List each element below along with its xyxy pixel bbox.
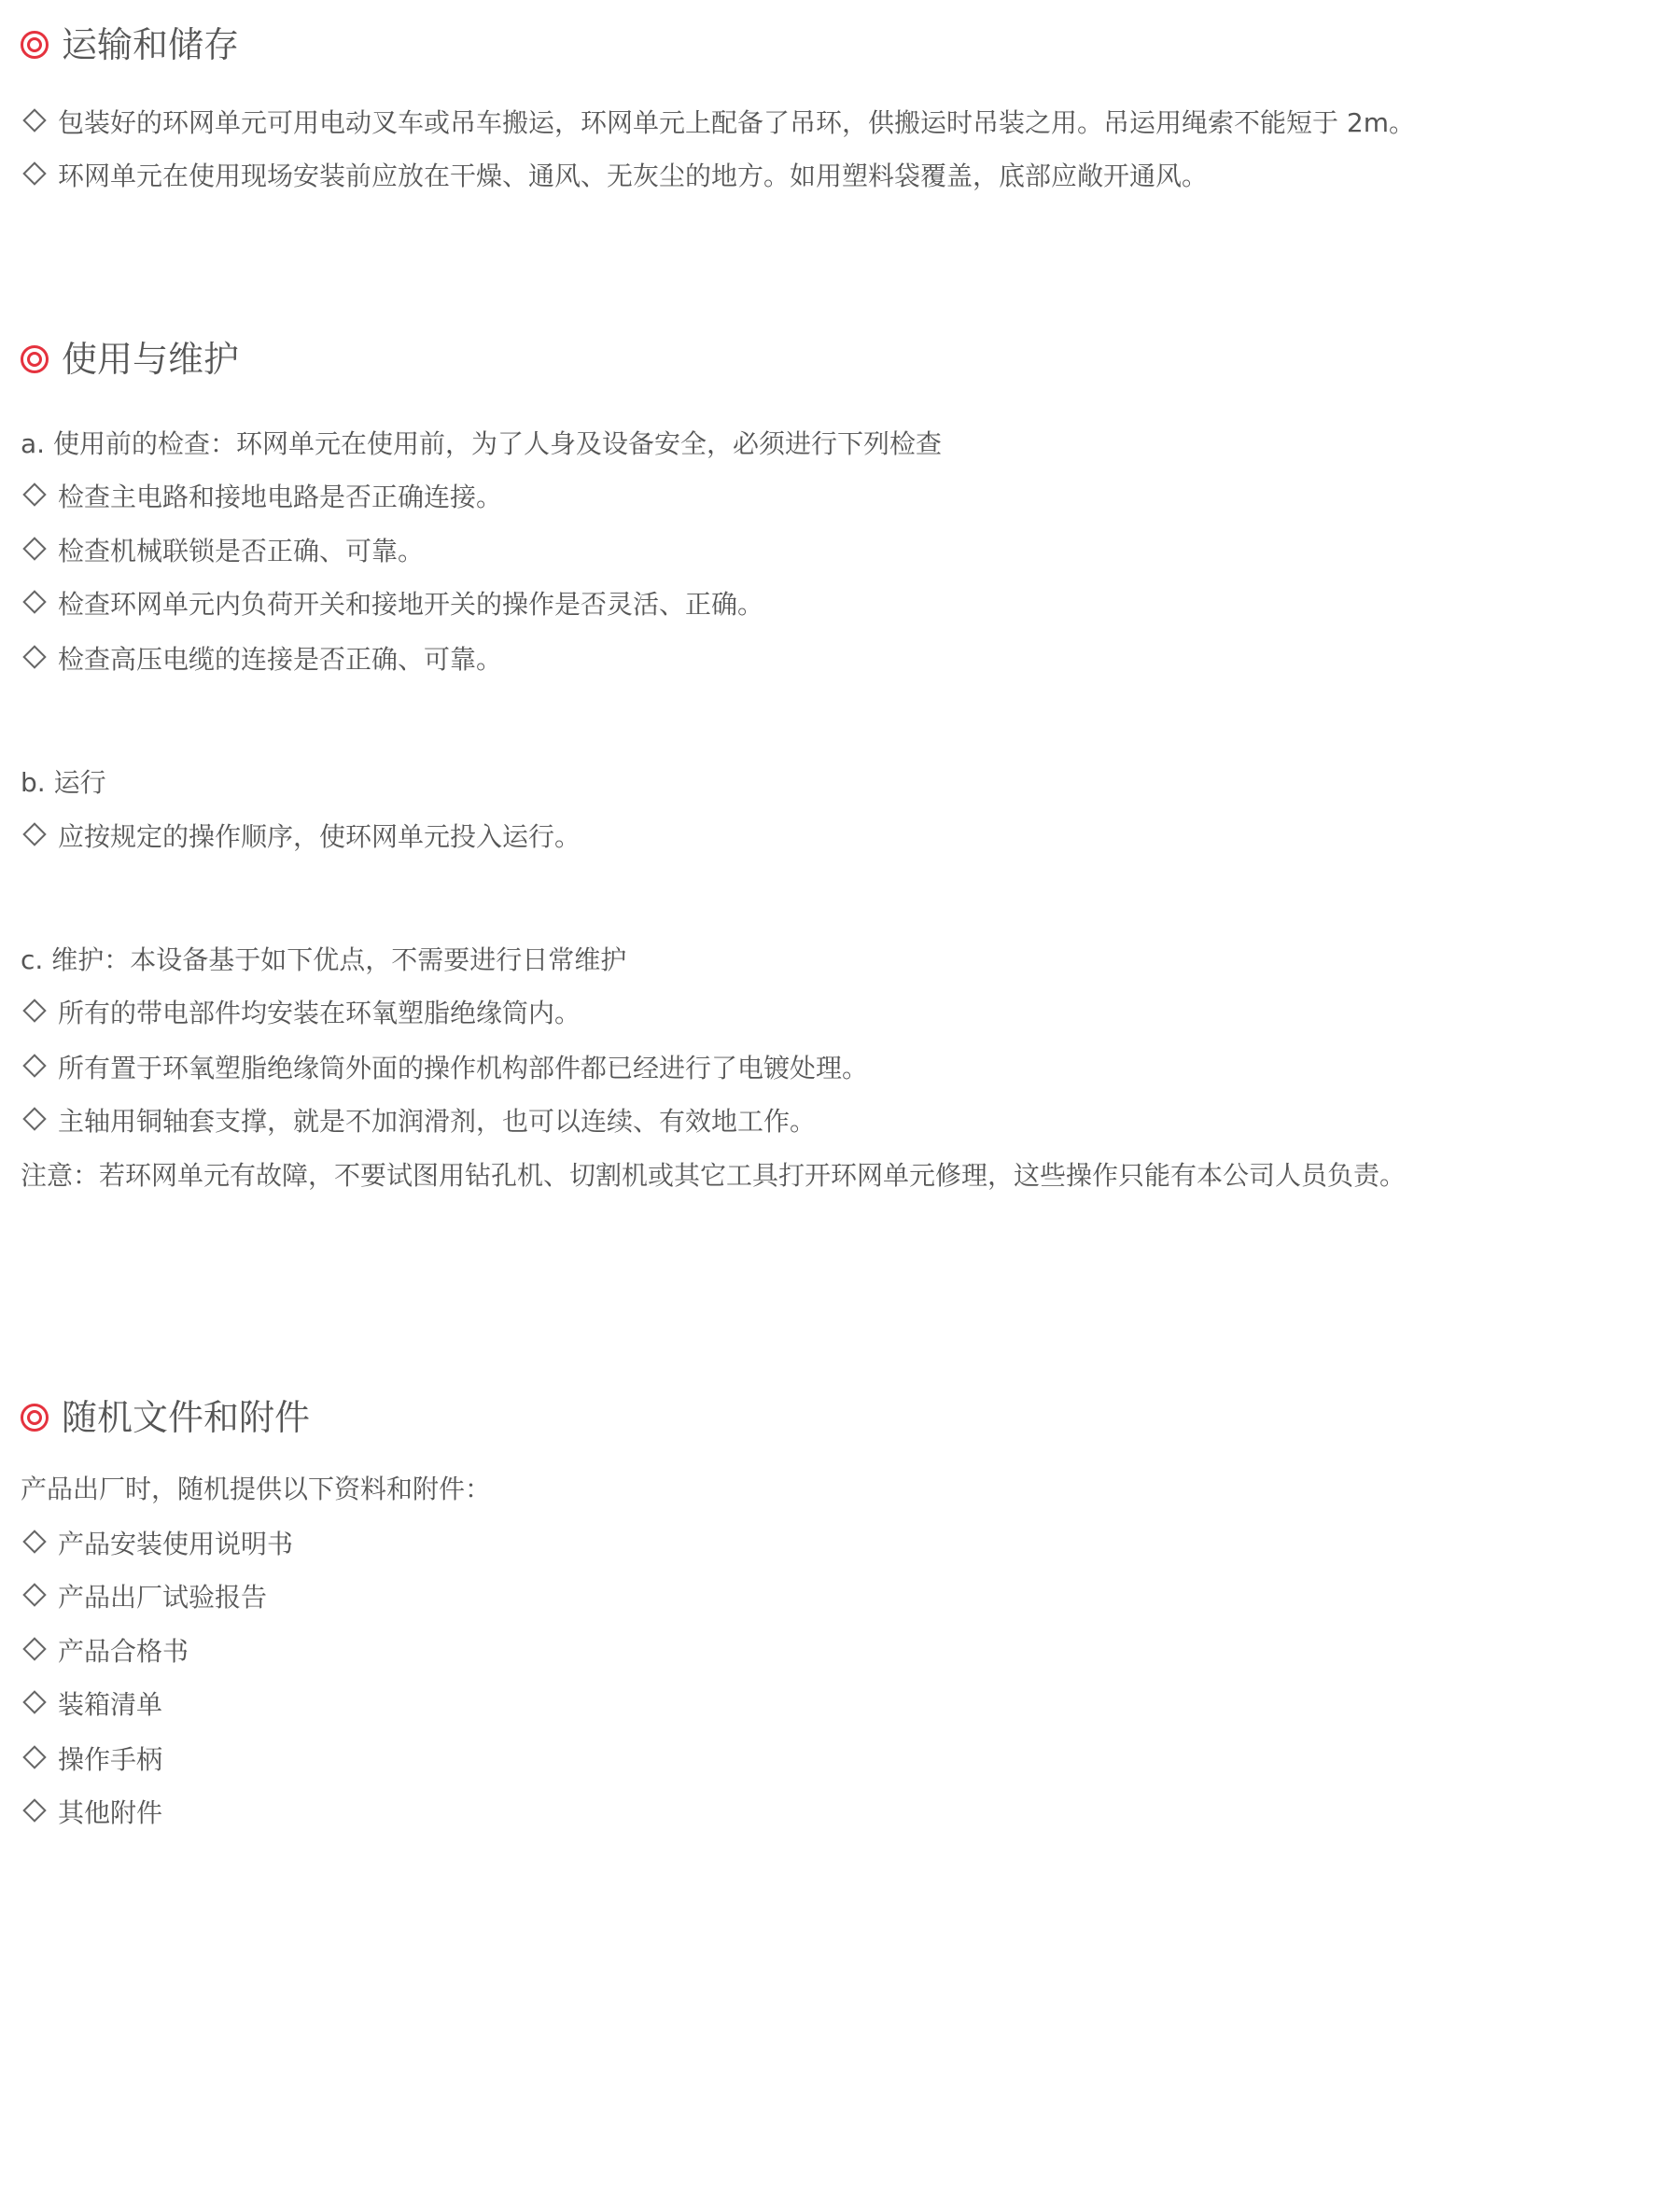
diamond-bullet-icon — [22, 482, 46, 506]
list-item: 应按规定的操作顺序，使环网单元投入运行。 — [21, 818, 581, 856]
item-text: 产品安装使用说明书 — [58, 1529, 293, 1559]
double-circle-icon — [21, 345, 49, 373]
item-text: 产品合格书 — [58, 1636, 189, 1667]
list-item: 包装好的环网单元可用电动叉车或吊车搬运，环网单元上配备了吊环，供搬运时吊装之用。… — [21, 105, 1415, 142]
item-text: 装箱清单 — [58, 1689, 162, 1720]
item-text: 环网单元在使用现场安装前应放在干燥、通风、无灰尘的地方。如用塑料袋覆盖，底部应敞… — [58, 161, 1208, 191]
diamond-bullet-icon — [22, 161, 46, 185]
list-item: 产品合格书 — [21, 1633, 189, 1670]
subsection-title-c: c. 维护：本设备基于如下优点，不需要进行日常维护 — [21, 942, 626, 979]
diamond-bullet-icon — [22, 1530, 46, 1553]
list-item: 所有置于环氧塑脂绝缘筒外面的操作机构部件都已经进行了电镀处理。 — [21, 1050, 868, 1087]
list-item: 主轴用铜轴套支撑，就是不加润滑剂，也可以连续、有效地工作。 — [21, 1103, 816, 1140]
diamond-bullet-icon — [22, 999, 46, 1022]
item-text: 检查高压电缆的连接是否正确、可靠。 — [58, 644, 502, 675]
item-text: 应按规定的操作顺序，使环网单元投入运行。 — [58, 821, 581, 852]
list-item: 检查高压电缆的连接是否正确、可靠。 — [21, 641, 502, 678]
list-item: 操作手柄 — [21, 1741, 162, 1779]
subsection-title-b: b. 运行 — [21, 764, 106, 802]
item-text: 检查环网单元内负荷开关和接地开关的操作是否灵活、正确。 — [58, 589, 763, 620]
diamond-bullet-icon — [22, 108, 46, 132]
double-circle-icon — [21, 31, 49, 59]
item-text: 产品出厂试验报告 — [58, 1582, 267, 1613]
diamond-bullet-icon — [22, 1107, 46, 1130]
item-text: 其他附件 — [58, 1797, 162, 1828]
item-text: 主轴用铜轴套支撑，就是不加润滑剂，也可以连续、有效地工作。 — [58, 1106, 816, 1137]
section-heading-maintenance: 使用与维护 — [21, 336, 239, 383]
subsection-title-a: a. 使用前的检查：环网单元在使用前，为了人身及设备安全，必须进行下列检查 — [21, 426, 942, 463]
item-text: 所有的带电部件均安装在环氧塑脂绝缘筒内。 — [58, 998, 581, 1028]
diamond-bullet-icon — [22, 822, 46, 845]
list-item: 检查环网单元内负荷开关和接地开关的操作是否灵活、正确。 — [21, 586, 763, 623]
heading-text: 随机文件和附件 — [62, 1394, 310, 1441]
item-text: 包装好的环网单元可用电动叉车或吊车搬运，环网单元上配备了吊环，供搬运时吊装之用。… — [58, 107, 1415, 138]
documents-intro: 产品出厂时，随机提供以下资料和附件： — [21, 1471, 491, 1508]
item-text: 操作手柄 — [58, 1744, 162, 1775]
diamond-bullet-icon — [22, 1690, 46, 1713]
diamond-bullet-icon — [22, 590, 46, 613]
double-circle-icon — [21, 1404, 49, 1432]
diamond-bullet-icon — [22, 1054, 46, 1077]
diamond-bullet-icon — [22, 1798, 46, 1822]
heading-text: 使用与维护 — [62, 336, 239, 383]
diamond-bullet-icon — [22, 1745, 46, 1768]
list-item: 装箱清单 — [21, 1686, 162, 1724]
list-item: 检查机械联锁是否正确、可靠。 — [21, 533, 424, 570]
list-item: 检查主电路和接地电路是否正确连接。 — [21, 479, 502, 516]
heading-text: 运输和储存 — [62, 21, 239, 68]
note-text: 注意：若环网单元有故障，不要试图用钻孔机、切割机或其它工具打开环网单元修理，这些… — [21, 1157, 1406, 1195]
diamond-bullet-icon — [22, 537, 46, 560]
diamond-bullet-icon — [22, 1583, 46, 1606]
item-text: 所有置于环氧塑脂绝缘筒外面的操作机构部件都已经进行了电镀处理。 — [58, 1053, 868, 1083]
list-item: 环网单元在使用现场安装前应放在干燥、通风、无灰尘的地方。如用塑料袋覆盖，底部应敞… — [21, 158, 1208, 195]
list-item: 所有的带电部件均安装在环氧塑脂绝缘筒内。 — [21, 995, 581, 1032]
list-item: 产品出厂试验报告 — [21, 1579, 267, 1616]
item-text: 检查主电路和接地电路是否正确连接。 — [58, 482, 502, 512]
list-item: 其他附件 — [21, 1795, 162, 1832]
item-text: 检查机械联锁是否正确、可靠。 — [58, 536, 424, 566]
diamond-bullet-icon — [22, 1637, 46, 1660]
diamond-bullet-icon — [22, 645, 46, 668]
section-heading-transport: 运输和储存 — [21, 21, 239, 68]
section-heading-documents: 随机文件和附件 — [21, 1394, 310, 1441]
list-item: 产品安装使用说明书 — [21, 1526, 293, 1563]
